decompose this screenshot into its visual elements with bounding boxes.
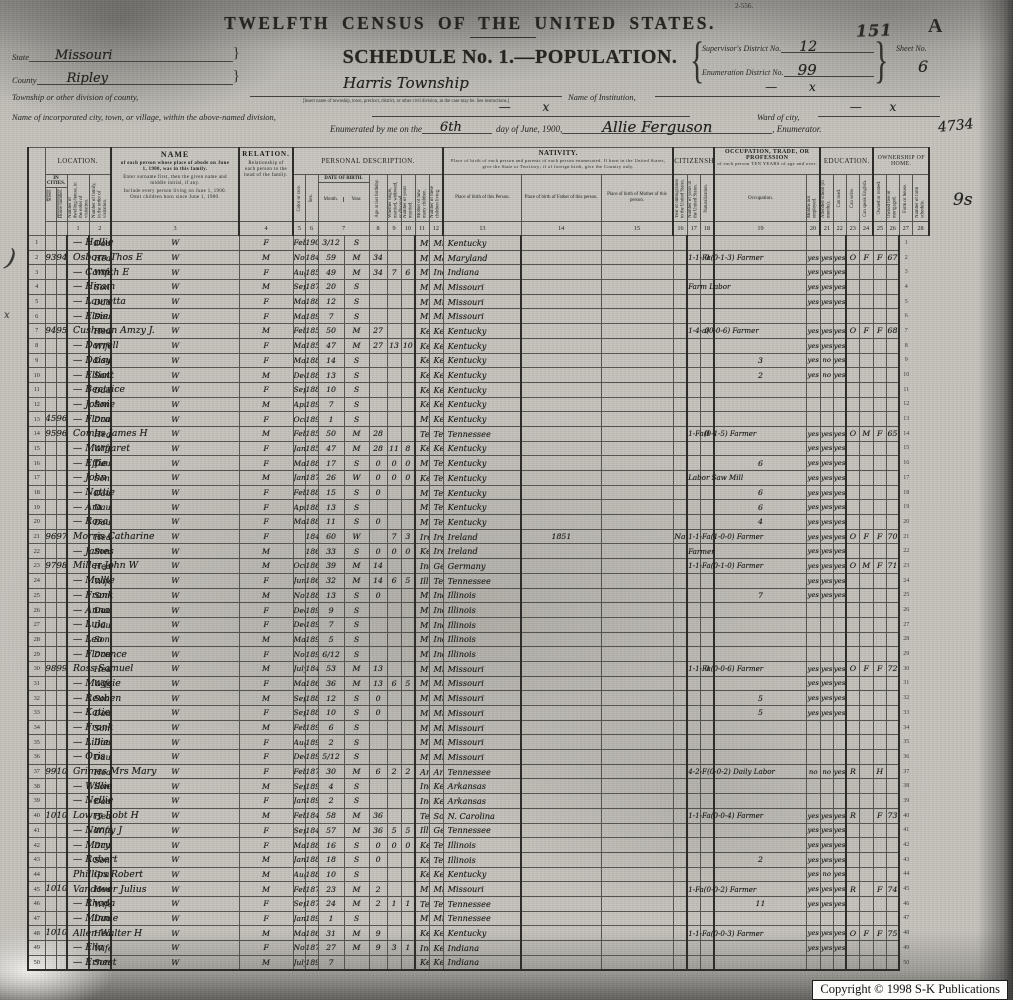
- num-20: 20: [806, 222, 820, 236]
- margin-line-number: 17: [899, 471, 912, 486]
- cell-occupation: 1-4-a(0-0-6) Farmer: [687, 324, 700, 339]
- cell-mother-birthplace: Kentucky: [443, 338, 521, 353]
- dwelling-label: Number of dwelling-house, in the order o…: [68, 178, 90, 218]
- cell-years-married: [369, 955, 387, 970]
- cell-sex: F: [239, 647, 293, 662]
- cell-free-mortgaged: [859, 280, 873, 295]
- township-value: Harris Township: [343, 74, 469, 92]
- cell-mother-birthplace: Missouri: [443, 661, 521, 676]
- cell-farm-schedule-number: [886, 764, 899, 779]
- cell-children-born: [387, 603, 401, 618]
- birthplace-header: Place of birth of this Person.: [443, 175, 521, 222]
- cell-children-living: [401, 617, 415, 632]
- cell-months-not-employed: [700, 353, 714, 368]
- cell-birth-month: July: [293, 955, 305, 970]
- line-number: 33: [28, 706, 45, 721]
- cell-birth-year: 1874: [305, 471, 318, 486]
- cell-free-mortgaged: [859, 750, 873, 765]
- cell-months-not-employed: [700, 735, 714, 750]
- cell-birth-year: 1842: [305, 823, 318, 838]
- cell-age: 2: [318, 794, 344, 809]
- cell-immigration-year: [521, 294, 601, 309]
- cell-family-number: [56, 515, 67, 530]
- cell-sex: M: [239, 867, 293, 882]
- cell-birth-month: Jan: [293, 441, 305, 456]
- cell-can-write: [820, 647, 833, 662]
- cell-children-living: [401, 236, 415, 251]
- table-row: 12— JohnieSonWMApr18937SKentuckyKentucky…: [28, 397, 951, 412]
- cell-years-in-us: [601, 559, 673, 574]
- cell-sex: M: [239, 324, 293, 339]
- cell-birth-month: Jan: [293, 471, 305, 486]
- num-10: 10: [401, 222, 415, 236]
- cell-home-owned-rented: [846, 632, 859, 647]
- cell-name: — Ernest: [67, 955, 89, 970]
- cell-years-in-us: [601, 500, 673, 515]
- cell-home-owned-rented: [846, 368, 859, 383]
- line-number: 32: [28, 691, 45, 706]
- cell-birthplace: Tennessee: [415, 896, 429, 911]
- cell-father-birthplace: Indiana: [429, 603, 443, 618]
- cell-children-living: 0: [401, 838, 415, 853]
- cell-free-mortgaged: [859, 485, 873, 500]
- cell-occupation: Labor Saw Mill: [687, 471, 700, 486]
- cell-occupation: [687, 500, 700, 515]
- cell-birth-month: Oct: [293, 412, 305, 427]
- owned-rented-label: Owned or rented.: [877, 181, 883, 214]
- cell-months-not-employed: [700, 397, 714, 412]
- cell-school-months: 5: [714, 691, 806, 706]
- cell-name: — Mollie: [67, 573, 89, 588]
- cell-birthplace: Missouri: [415, 456, 429, 471]
- cell-mother-birthplace: Kentucky: [443, 926, 521, 941]
- cell-marital-status: S: [344, 603, 369, 618]
- cell-marital-status: S: [344, 588, 369, 603]
- cell-birth-month: Sep: [293, 691, 305, 706]
- cell-school-months: 11: [714, 896, 806, 911]
- cell-farm-schedule-number: 67: [886, 250, 899, 265]
- table-row: 239798Miller John WHeadWMOct186039M14Ind…: [28, 559, 951, 574]
- cell-age: 11: [318, 515, 344, 530]
- cell-birthplace: Kentucky: [415, 353, 429, 368]
- cell-years-married: [369, 382, 387, 397]
- cell-age: 49: [318, 265, 344, 280]
- cell-father-birthplace: Kentucky: [429, 368, 443, 383]
- table-row: 48102103Allen Walter HHeadWMMar186931M9K…: [28, 926, 951, 941]
- title-underline: [470, 37, 536, 38]
- cell-can-speak-english: yes: [833, 426, 846, 441]
- cell-birth-month: Jun: [293, 573, 305, 588]
- cell-school-months: 7: [714, 588, 806, 603]
- mother-of-header: Mother of how many children.: [415, 175, 429, 222]
- cell-family-number: [56, 441, 67, 456]
- cell-home-owned-rented: O: [846, 926, 859, 941]
- cell-free-mortgaged: [859, 632, 873, 647]
- cell-marital-status: S: [344, 485, 369, 500]
- cell-naturalization: [673, 896, 687, 911]
- cell-birthplace: Missouri: [415, 676, 429, 691]
- cell-birth-year: 1846: [305, 661, 318, 676]
- cell-farm-schedule-number: [886, 485, 899, 500]
- cell-father-birthplace: Arkansas: [429, 764, 443, 779]
- cell-children-living: 1: [401, 896, 415, 911]
- immigration-label: Year of immigration to the United States…: [675, 178, 686, 218]
- cell-sex: F: [239, 441, 293, 456]
- cell-can-read: yes: [806, 661, 820, 676]
- cell-family-number: [56, 838, 67, 853]
- cell-can-read: [806, 750, 820, 765]
- cell-years-in-us: [601, 250, 673, 265]
- cell-occupation: [687, 706, 700, 721]
- cell-occupation: 1-1-Fa(0-0-6) Farmer: [687, 661, 700, 676]
- cell-children-born: [387, 250, 401, 265]
- marital-header: Whether single, married, widowed, or div…: [387, 175, 401, 222]
- table-row: 149596Combs James HHeadWMFeb185050M28Ten…: [28, 426, 951, 441]
- cell-farm-schedule-number: [886, 794, 899, 809]
- cell-years-married: [369, 500, 387, 515]
- cell-birth-month: Jan: [293, 794, 305, 809]
- cell-birthplace: Indian Ter: [415, 779, 429, 794]
- cell-years-in-us: [601, 750, 673, 765]
- cell-father-birthplace: Kentucky: [429, 397, 443, 412]
- cell-sex: F: [239, 500, 293, 515]
- cell-naturalization: [673, 941, 687, 956]
- cell-free-mortgaged: [859, 823, 873, 838]
- cell-children-born: [387, 882, 401, 897]
- cell-immigration-year: [521, 647, 601, 662]
- cell-school-months: 6: [714, 500, 806, 515]
- cell-birth-month: May: [293, 515, 305, 530]
- cell-dwelling-number: [45, 280, 56, 295]
- cell-months-not-employed: [700, 412, 714, 427]
- cell-naturalization: [673, 280, 687, 295]
- cell-marital-status: S: [344, 280, 369, 295]
- cell-school-months: [714, 779, 806, 794]
- cell-farm-schedule-number: 73: [886, 808, 899, 823]
- cell-can-read: [806, 647, 820, 662]
- cell-home-owned-rented: [846, 941, 859, 956]
- cell-can-write: yes: [820, 280, 833, 295]
- cell-dwelling-number: [45, 720, 56, 735]
- margin-line-number: 23: [899, 559, 912, 574]
- line-number: 47: [28, 911, 45, 926]
- cell-years-married: 2: [369, 882, 387, 897]
- cell-home-owned-rented: [846, 412, 859, 427]
- cell-naturalization: [673, 794, 687, 809]
- cell-sex: F: [239, 529, 293, 544]
- cell-father-birthplace: Tennessee: [429, 485, 443, 500]
- num-13: 13: [443, 222, 521, 236]
- cell-name: — Daisy: [67, 353, 89, 368]
- cell-birth-month: Feb: [293, 485, 305, 500]
- cell-age: 60: [318, 529, 344, 544]
- cell-children-born: [387, 412, 401, 427]
- cell-years-in-us: [601, 911, 673, 926]
- cell-free-mortgaged: [859, 236, 873, 251]
- district-value: 99: [798, 61, 817, 79]
- township-underline: Harris Township: [250, 74, 562, 97]
- cell-can-write: no: [820, 764, 833, 779]
- line-number: 4: [28, 280, 45, 295]
- cell-birth-month: Mar: [293, 338, 305, 353]
- line-number: 44: [28, 867, 45, 882]
- house-number-label: House number.: [58, 189, 65, 218]
- cell-years-in-us: [601, 544, 673, 559]
- cell-birthplace: Missouri: [415, 294, 429, 309]
- cell-farm-schedule-number: [886, 779, 899, 794]
- cell-months-not-employed: [700, 823, 714, 838]
- cell-occupation: 1-Fa(0-1-5) Farmer: [687, 426, 700, 441]
- cell-farm-schedule-number: [886, 588, 899, 603]
- cell-birthplace: Illinois: [415, 823, 429, 838]
- cell-birth-year: 1867: [305, 544, 318, 559]
- cell-family-number: [56, 867, 67, 882]
- cell-occupation: [687, 382, 700, 397]
- cell-farm-or-house: [873, 294, 886, 309]
- cell-years-married: 6: [369, 764, 387, 779]
- cell-years-in-us: [601, 485, 673, 500]
- cell-occupation: [687, 617, 700, 632]
- cell-color: W: [111, 647, 239, 662]
- cell-can-read: [806, 617, 820, 632]
- cell-months-not-employed: [700, 338, 714, 353]
- cell-free-mortgaged: [859, 544, 873, 559]
- cell-father-birthplace: Ireland: [429, 544, 443, 559]
- cell-years-married: [369, 353, 387, 368]
- cell-can-speak-english: yes: [833, 529, 846, 544]
- cell-birthplace: Kentucky: [415, 867, 429, 882]
- cell-farm-or-house: [873, 735, 886, 750]
- cell-children-born: 0: [387, 471, 401, 486]
- cell-months-not-employed: [700, 955, 714, 970]
- cell-color: W: [111, 735, 239, 750]
- cell-naturalization: [673, 779, 687, 794]
- cell-age: 10: [318, 382, 344, 397]
- cell-marital-status: S: [344, 500, 369, 515]
- cell-farm-schedule-number: [886, 941, 899, 956]
- cell-home-owned-rented: [846, 338, 859, 353]
- cell-marital-status: S: [344, 794, 369, 809]
- cell-can-write: yes: [820, 456, 833, 471]
- cell-mother-birthplace: Arkansas: [443, 794, 521, 809]
- cell-farm-schedule-number: [886, 397, 899, 412]
- cell-can-write: no: [820, 368, 833, 383]
- name-desc-2: Enter surname first, then the given name…: [112, 174, 238, 188]
- cell-can-speak-english: yes: [833, 808, 846, 823]
- cell-can-speak-english: yes: [833, 456, 846, 471]
- cell-months-not-employed: [700, 941, 714, 956]
- cell-months-not-employed: [700, 500, 714, 515]
- cell-children-born: 0: [387, 544, 401, 559]
- cell-color: W: [111, 471, 239, 486]
- cell-father-birthplace: Kentucky: [429, 926, 443, 941]
- cell-years-married: [369, 294, 387, 309]
- cell-name: — Hiram: [67, 280, 89, 295]
- cell-can-write: [820, 236, 833, 251]
- cell-birthplace: Missouri: [415, 750, 429, 765]
- cell-age: 33: [318, 544, 344, 559]
- cell-occupation: [687, 515, 700, 530]
- cell-free-mortgaged: [859, 706, 873, 721]
- cell-farm-or-house: [873, 691, 886, 706]
- cell-name: Miller John W: [67, 559, 89, 574]
- sheet-value: 6: [918, 57, 928, 76]
- cell-can-write: [820, 720, 833, 735]
- cell-home-owned-rented: [846, 750, 859, 765]
- cell-marital-status: S: [344, 779, 369, 794]
- line-number: 16: [28, 456, 45, 471]
- cell-father-birthplace: Missouri: [429, 309, 443, 324]
- institution-underline: — x: [655, 78, 940, 97]
- cell-can-read: yes: [806, 544, 820, 559]
- margin-line-number: 8: [899, 338, 912, 353]
- cell-color: W: [111, 294, 239, 309]
- cell-children-born: [387, 588, 401, 603]
- cell-farm-schedule-number: [886, 412, 899, 427]
- cell-can-write: yes: [820, 324, 833, 339]
- cell-sex: F: [239, 382, 293, 397]
- cell-months-not-employed: [700, 852, 714, 867]
- county-field: County Ripley }: [12, 68, 240, 85]
- cell-marital-status: [344, 955, 369, 970]
- cell-school-months: [714, 676, 806, 691]
- cell-years-married: [369, 236, 387, 251]
- cell-dwelling-number: [45, 647, 56, 662]
- cell-months-not-employed: [700, 456, 714, 471]
- cell-school-months: [714, 412, 806, 427]
- cell-marital-status: S: [344, 735, 369, 750]
- cell-sex: F: [239, 338, 293, 353]
- cell-name: — Minnie: [67, 911, 89, 926]
- cell-birthplace: Missouri: [415, 911, 429, 926]
- cell-marital-status: S: [344, 706, 369, 721]
- cell-home-owned-rented: R: [846, 882, 859, 897]
- cell-can-speak-english: yes: [833, 294, 846, 309]
- cell-free-mortgaged: [859, 735, 873, 750]
- cell-school-months: 3: [714, 353, 806, 368]
- table-row: 49— EllaWifeWFNov187227M931IndianaKentuc…: [28, 941, 951, 956]
- cell-farm-schedule-number: [886, 471, 899, 486]
- cell-can-speak-english: [833, 603, 846, 618]
- cell-can-speak-english: [833, 397, 846, 412]
- cell-age: 32: [318, 573, 344, 588]
- cell-children-living: 6: [401, 265, 415, 280]
- cell-months-not-employed: [700, 573, 714, 588]
- cell-free-mortgaged: [859, 779, 873, 794]
- cell-can-read: no: [806, 764, 820, 779]
- cell-immigration-year: [521, 617, 601, 632]
- cell-mother-birthplace: Missouri: [443, 882, 521, 897]
- cell-mother-birthplace: Tennessee: [443, 764, 521, 779]
- group-occupation: OCCUPATION, TRADE, OR PROFESSION of each…: [714, 148, 820, 175]
- margin-line-number: 47: [899, 911, 912, 926]
- cell-marital-status: S: [344, 515, 369, 530]
- cell-years-in-us: [601, 441, 673, 456]
- cell-years-married: 9: [369, 926, 387, 941]
- cell-birth-year: 1869: [305, 926, 318, 941]
- cell-mother-birthplace: Kentucky: [443, 397, 521, 412]
- cell-age: 39: [318, 559, 344, 574]
- cell-can-speak-english: yes: [833, 338, 846, 353]
- cell-children-born: 1: [387, 896, 401, 911]
- cell-naturalization: [673, 764, 687, 779]
- cell-mother-birthplace: Tennessee: [443, 896, 521, 911]
- cell-can-write: yes: [820, 852, 833, 867]
- cell-family-number: [56, 706, 67, 721]
- table-row: 50— ErnestSonWMJuly18937KentuckyKentucky…: [28, 955, 951, 970]
- cell-children-living: [401, 735, 415, 750]
- cell-occupation: [687, 632, 700, 647]
- cell-birth-month: [293, 529, 305, 544]
- cell-mother-birthplace: Indiana: [443, 265, 521, 280]
- cell-immigration-year: [521, 926, 601, 941]
- cell-dwelling-number: [45, 735, 56, 750]
- line-number: 43: [28, 852, 45, 867]
- cell-marital-status: M: [344, 426, 369, 441]
- cell-home-owned-rented: [846, 236, 859, 251]
- cell-immigration-year: [521, 823, 601, 838]
- margin-stray-x: x: [4, 310, 10, 321]
- cell-can-write: no: [820, 867, 833, 882]
- cell-school-months: [714, 955, 806, 970]
- cell-occupation: [687, 573, 700, 588]
- cell-home-owned-rented: [846, 955, 859, 970]
- cell-sex: M: [239, 661, 293, 676]
- cell-children-born: [387, 632, 401, 647]
- cell-can-write: yes: [820, 676, 833, 691]
- city-value: — x: [499, 100, 564, 114]
- cell-naturalization: [673, 617, 687, 632]
- cell-children-living: 0: [401, 544, 415, 559]
- cell-age: 5/12: [318, 750, 344, 765]
- cell-birth-month: Nov: [293, 647, 305, 662]
- cell-mother-birthplace: Missouri: [443, 309, 521, 324]
- table-row: 3799100Grimes Mrs MaryHeadWFFeb187030M62…: [28, 764, 951, 779]
- cell-children-born: [387, 926, 401, 941]
- cell-months-not-employed: [700, 485, 714, 500]
- cell-birth-year: 1899: [305, 750, 318, 765]
- cell-color: W: [111, 838, 239, 853]
- cell-dwelling-number: 101: [45, 882, 56, 897]
- cell-home-owned-rented: O: [846, 559, 859, 574]
- cell-birth-month: Apr: [293, 500, 305, 515]
- ward-label: Ward of city,: [757, 112, 800, 122]
- cell-family-number: [56, 691, 67, 706]
- table-row: 33— KatieDaughterWFSep188910S0MissouriMi…: [28, 706, 951, 721]
- cell-mother-birthplace: Illinois: [443, 588, 521, 603]
- cell-birth-month: Feb: [293, 324, 305, 339]
- cell-school-months: [714, 309, 806, 324]
- cell-sex: F: [239, 353, 293, 368]
- occupation-subtitle: of each person TEN YEARS of age and over…: [715, 161, 819, 167]
- cell-home-owned-rented: [846, 911, 859, 926]
- cell-sex: F: [239, 617, 293, 632]
- cell-years-married: [369, 720, 387, 735]
- cell-father-birthplace: Kentucky: [429, 441, 443, 456]
- cell-color: W: [111, 500, 239, 515]
- cell-naturalization: [673, 926, 687, 941]
- cell-name: — Frank: [67, 720, 89, 735]
- cell-years-in-us: [601, 265, 673, 280]
- cell-marital-status: M: [344, 559, 369, 574]
- cell-immigration-year: [521, 426, 601, 441]
- cell-birth-month: Aug: [293, 867, 305, 882]
- line-number: 6: [28, 309, 45, 324]
- cell-children-born: 7: [387, 265, 401, 280]
- cell-school-months: [714, 838, 806, 853]
- cell-years-married: 0: [369, 515, 387, 530]
- cell-name: Morris Catharine: [67, 529, 89, 544]
